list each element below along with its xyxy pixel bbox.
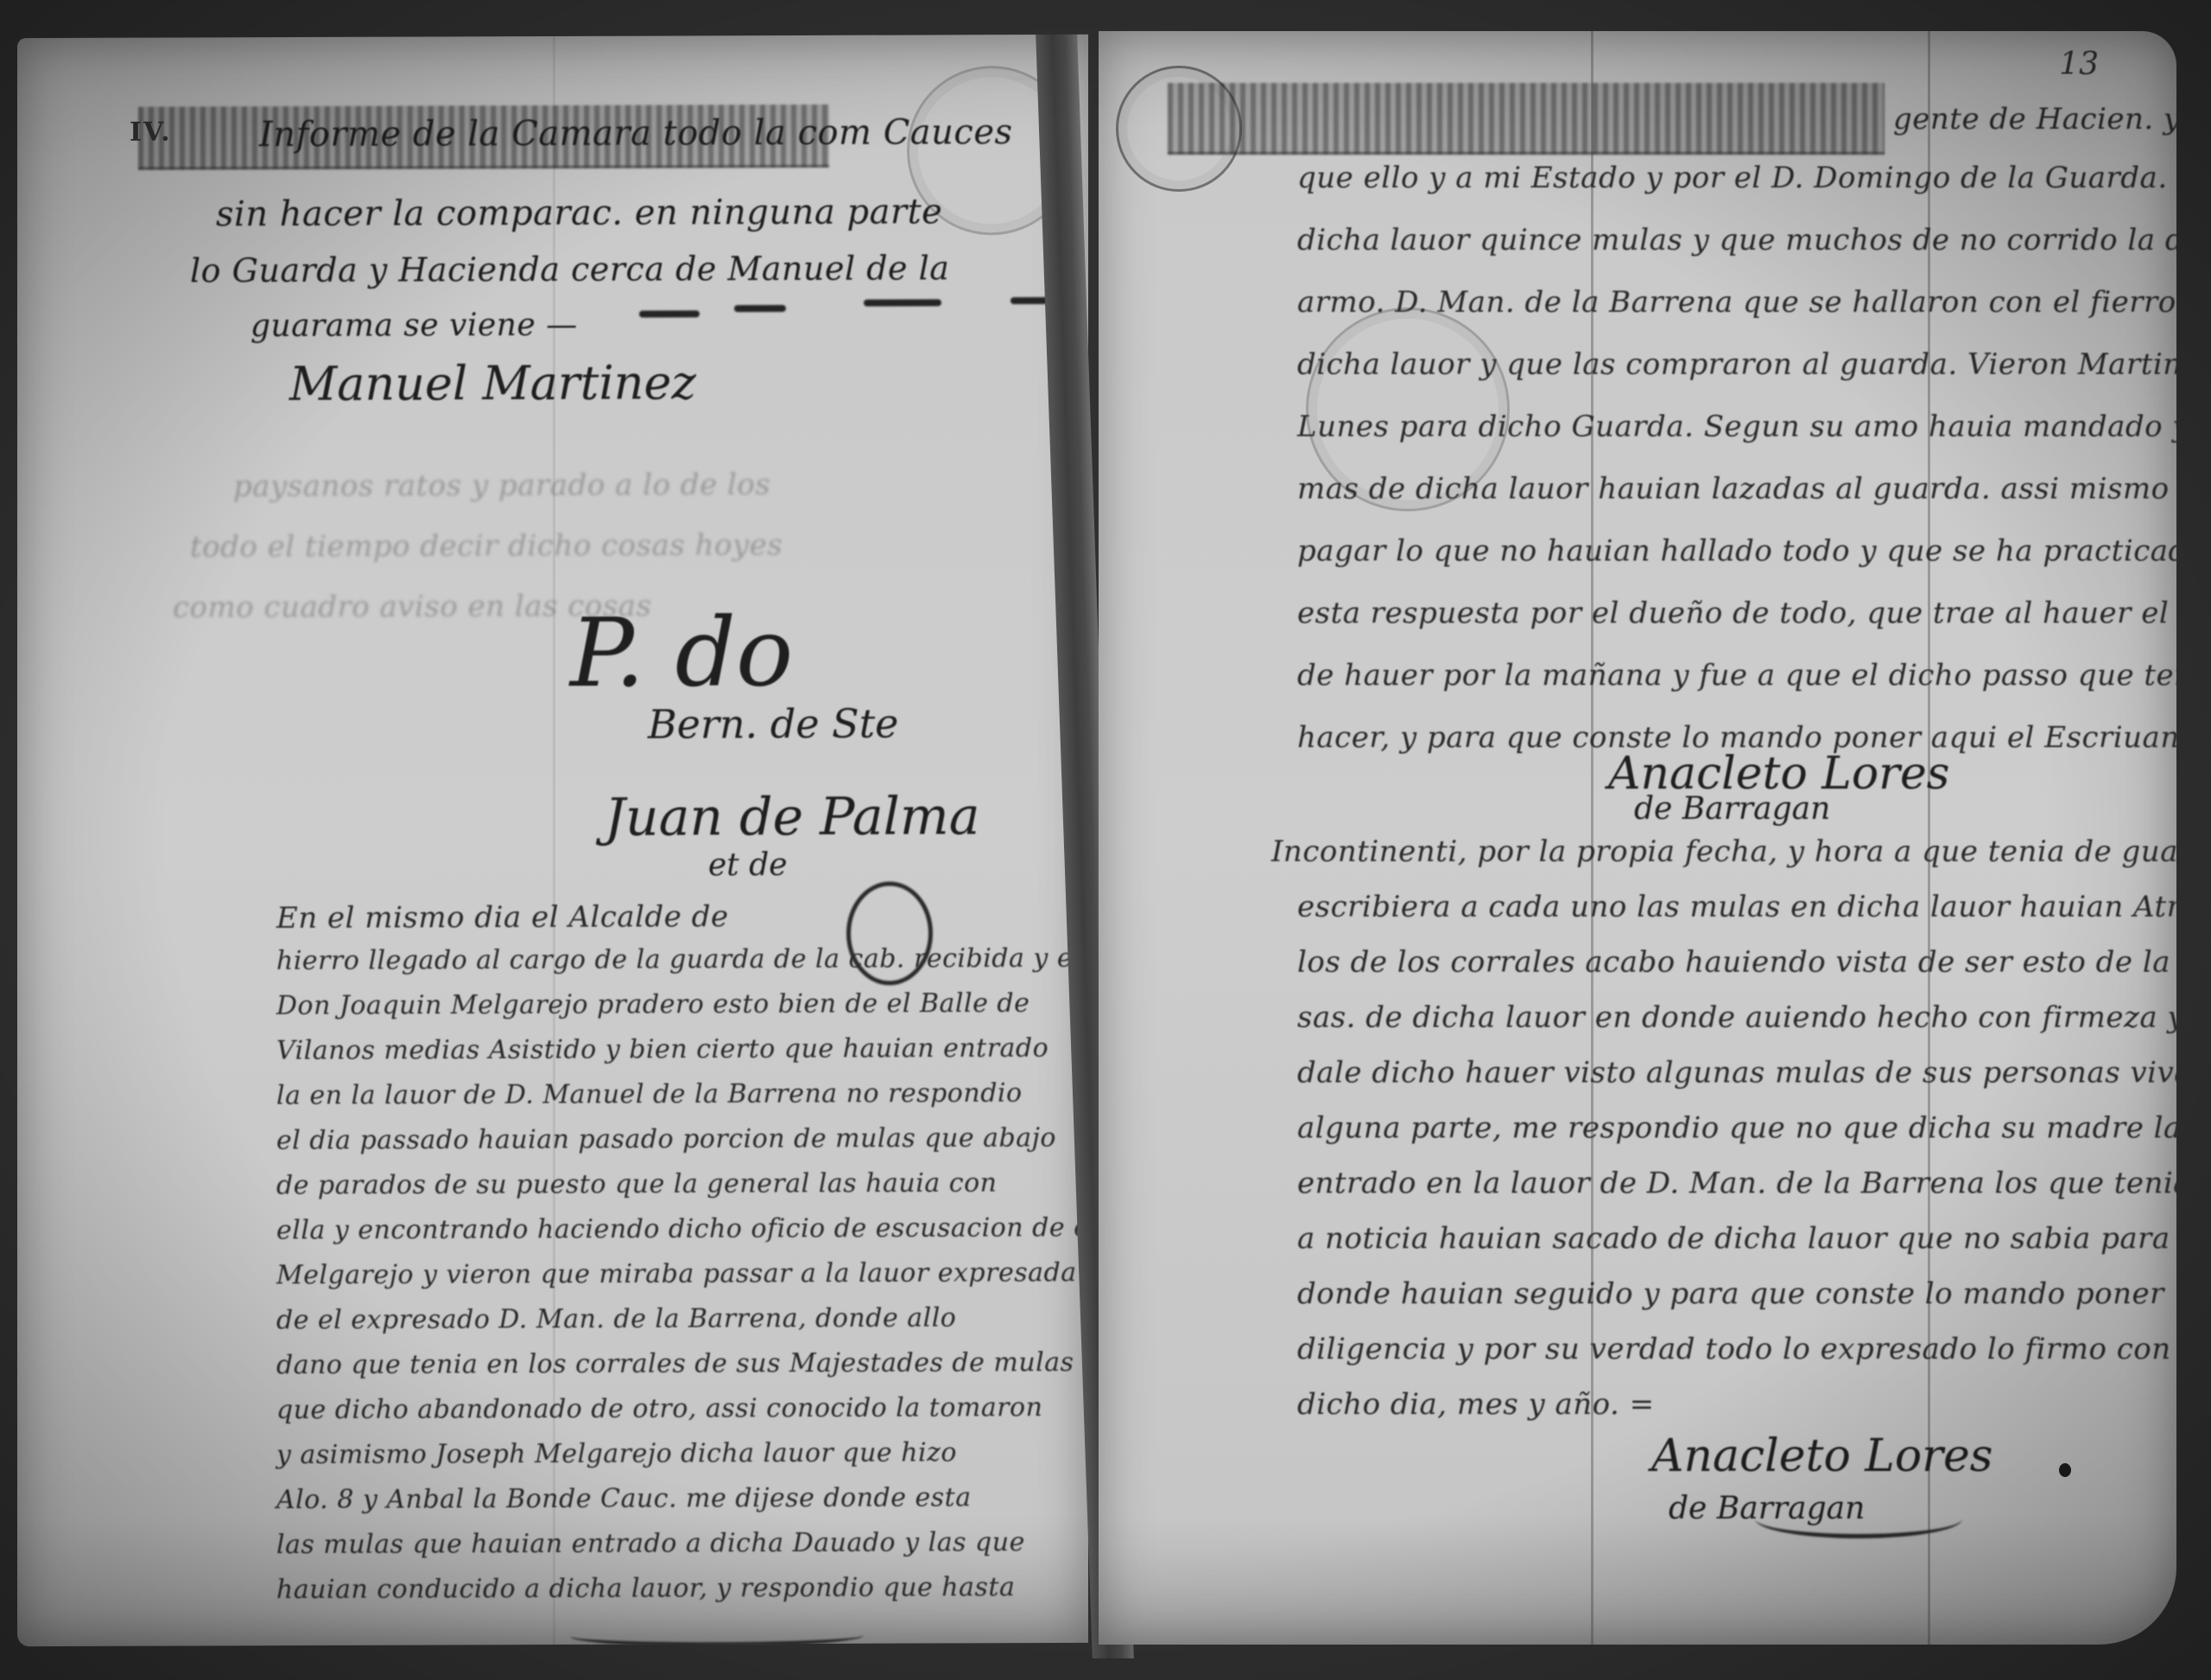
- right-page: 13 gente de Hacien. y que ello y a mi Es…: [1099, 31, 2176, 1645]
- signature-anacleto-lores-2: Anacleto Lores: [1651, 1430, 1992, 1482]
- folio-number: 13: [2059, 47, 2099, 82]
- body-line: En el mismo dia el Alcalde de: [276, 899, 729, 935]
- body-line: dicho dia, mes y año. =: [1297, 1387, 1655, 1422]
- header-tail-text: gente de Hacien. y: [1893, 102, 2176, 136]
- body-line: el dia passado hauian pasado porcion de …: [276, 1123, 1056, 1156]
- stamp-paper-band: [1168, 83, 1885, 155]
- body-line: mas de dicha lauor hauian lazadas al gua…: [1297, 472, 2170, 506]
- body-line: los de los corrales acabo hauiendo vista…: [1297, 945, 2176, 979]
- faint-line: paysanos ratos y parado a lo de los: [233, 467, 770, 504]
- left-page: IV. Informe de la Camara todo la com Cau…: [17, 35, 1088, 1646]
- body-line: alguna parte, me respondio que no que di…: [1297, 1111, 2176, 1145]
- body-text-block: En el mismo dia el Alcalde de hierro lle…: [276, 864, 1088, 1644]
- body-line: escribiera a cada uno las mulas en dicha…: [1297, 890, 2176, 924]
- body-line: Lunes para dicho Guarda. Segun su amo ha…: [1297, 409, 2176, 444]
- rubric-initial-p: P. do: [570, 597, 793, 708]
- body-line: Alo. 8 y Anbal la Bonde Cauc. me dijese …: [276, 1482, 972, 1515]
- body-line: dano que tenia en los corrales de sus Ma…: [276, 1347, 1074, 1380]
- body-line: diligencia y por su verdad todo lo expre…: [1297, 1332, 2171, 1366]
- faint-line: todo el tiempo decir dicho cosas hoyes: [190, 528, 782, 564]
- body-line: Vilanos medias Asistido y bien cierto qu…: [276, 1033, 1048, 1066]
- body-line: esta respuesta por el dueño de todo, que…: [1297, 596, 2176, 631]
- second-paragraph-block: Incontinenti, por la propia fecha, y hor…: [1271, 808, 2170, 1413]
- body-line: Incontinenti, por la propia fecha, y hor…: [1271, 834, 2176, 869]
- body-line: entrado en la lauor de D. Man. de la Bar…: [1297, 1166, 2176, 1201]
- body-line: donde hauian seguido y para que conste l…: [1297, 1277, 2164, 1311]
- body-text-block: que ello y a mi Estado y por el D. Domin…: [1297, 152, 2170, 688]
- body-line: dicha lauor y que las compraron al guard…: [1297, 347, 2176, 382]
- body-line: hauian conducido a dicha lauor, y respon…: [276, 1572, 1015, 1605]
- body-line: de parados de su puesto que la general l…: [276, 1168, 997, 1201]
- body-line: la en la lauor de D. Manuel de la Barren…: [276, 1078, 1023, 1111]
- body-line: hierro llegado al cargo de la guarda de …: [276, 942, 1088, 976]
- body-line: armo. D. Man. de la Barrena que se halla…: [1297, 285, 2176, 320]
- body-line: las mulas que hauian entrado a dicha Dau…: [276, 1527, 1025, 1560]
- body-line: Melgarejo y vieron que miraba passar a l…: [276, 1258, 1077, 1290]
- body-line: ella y encontrando haciendo dicho oficio…: [276, 1213, 1088, 1246]
- body-line: que ello y a mi Estado y por el D. Domin…: [1297, 161, 2176, 195]
- body-line: sas. de dicha lauor en donde auiendo hec…: [1297, 1000, 2176, 1035]
- closing-flourish-icon: [570, 1625, 864, 1646]
- body-line: y asimismo Joseph Melgarejo dicha lauor …: [276, 1437, 957, 1470]
- ink-dot: [2059, 1463, 2071, 1477]
- body-line: de hauer por la mañana y fue a que el di…: [1297, 658, 2176, 693]
- microfilm-scan-background: IV. Informe de la Camara todo la com Cau…: [0, 0, 2211, 1680]
- body-line: dicha lauor quince mulas y que muchos de…: [1297, 223, 2176, 257]
- rubric-juan-de-palma: Juan de Palma: [605, 786, 979, 848]
- body-line: dale dicho hauer visto algunas mulas de …: [1297, 1056, 2176, 1090]
- body-line: pagar lo que no hauian hallado todo y qu…: [1297, 534, 2176, 568]
- body-line: Don Joaquin Melgarejo pradero esto bien …: [276, 988, 1029, 1021]
- signature-flourish-icon: [1755, 1499, 1962, 1538]
- body-line: que dicho abandonado de otro, assi conoc…: [276, 1392, 1042, 1425]
- rubric-subtitle: Bern. de Ste: [648, 701, 898, 748]
- body-line: a noticia hauian sacado de dicha lauor q…: [1297, 1221, 2170, 1256]
- body-line: de el expresado D. Man. de la Barrena, d…: [276, 1303, 956, 1335]
